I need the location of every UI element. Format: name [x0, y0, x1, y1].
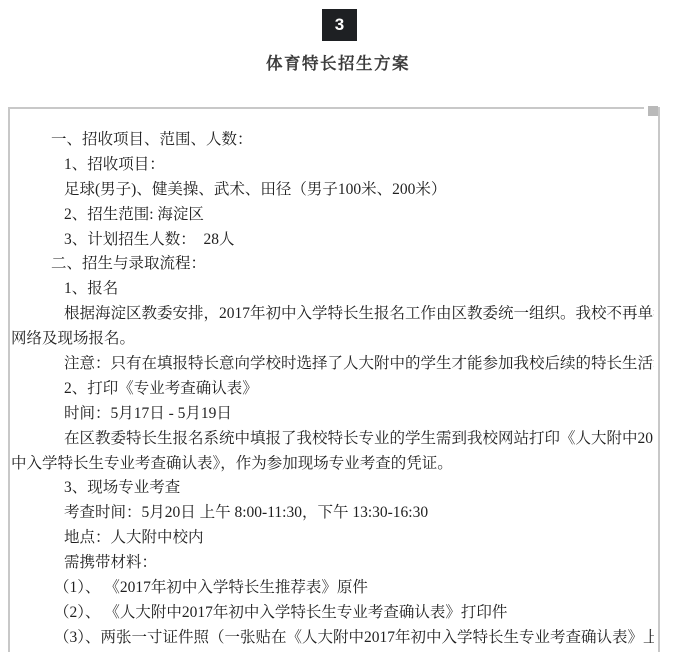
- doc-line: 3、计划招生人数： 28人: [11, 228, 654, 253]
- doc-line: 1、招收项目：: [11, 153, 654, 178]
- doc-line: 需携带材料：: [11, 551, 654, 576]
- section-number-badge: 3: [322, 9, 357, 41]
- document-content: 一、招收项目、范围、人数：1、招收项目：足球(男子)、健美操、武术、田径（男子1…: [10, 109, 658, 651]
- doc-line: 在区教委特长生报名系统中填报了我校特长专业的学生需到我校网站打印《人大附中201…: [11, 427, 654, 452]
- doc-line: （1）、 《2017年初中入学特长生推荐表》原件: [11, 576, 654, 601]
- doc-line: 中入学特长生专业考查确认表》，作为参加现场专业考查的凭证。: [11, 452, 654, 477]
- page-title: 体育特长招生方案: [0, 50, 676, 74]
- document-panel: 一、招收项目、范围、人数：1、招收项目：足球(男子)、健美操、武术、田径（男子1…: [8, 107, 660, 652]
- doc-line: （3）、两张一寸证件照（一张贴在《人大附中2017年初中入学特长生专业考查确认表…: [11, 626, 654, 651]
- doc-line: 足球(男子)、健美操、武术、田径（男子100米、200米）: [11, 178, 654, 203]
- doc-line: 2、打印《专业考查确认表》: [11, 377, 654, 402]
- doc-line: 根据海淀区教委安排，2017年初中入学特长生报名工作由区教委统一组织。我校不再单…: [11, 302, 654, 327]
- doc-line: （2）、 《人大附中2017年初中入学特长生专业考查确认表》打印件: [11, 601, 654, 626]
- doc-line: 注意：只有在填报特长意向学校时选择了人大附中的学生才能参加我校后续的特长生活动。: [11, 352, 654, 377]
- doc-line: 时间：5月17日 - 5月19日: [11, 402, 654, 427]
- doc-line: 二、招生与录取流程：: [11, 252, 654, 277]
- section-number: 3: [335, 15, 344, 35]
- doc-line: 一、招收项目、范围、人数：: [11, 128, 654, 153]
- scrollbar-thumb[interactable]: [648, 106, 658, 116]
- doc-line: 2、招生范围: 海淀区: [11, 203, 654, 228]
- doc-line: 1、报名: [11, 277, 654, 302]
- doc-line: 地点：人大附中校内: [11, 526, 654, 551]
- doc-line: 考查时间：5月20日 上午 8:00-11:30，下午 13:30-16:30: [11, 501, 654, 526]
- doc-line: 网络及现场报名。: [11, 327, 654, 352]
- doc-line: 3、现场专业考查: [11, 476, 654, 501]
